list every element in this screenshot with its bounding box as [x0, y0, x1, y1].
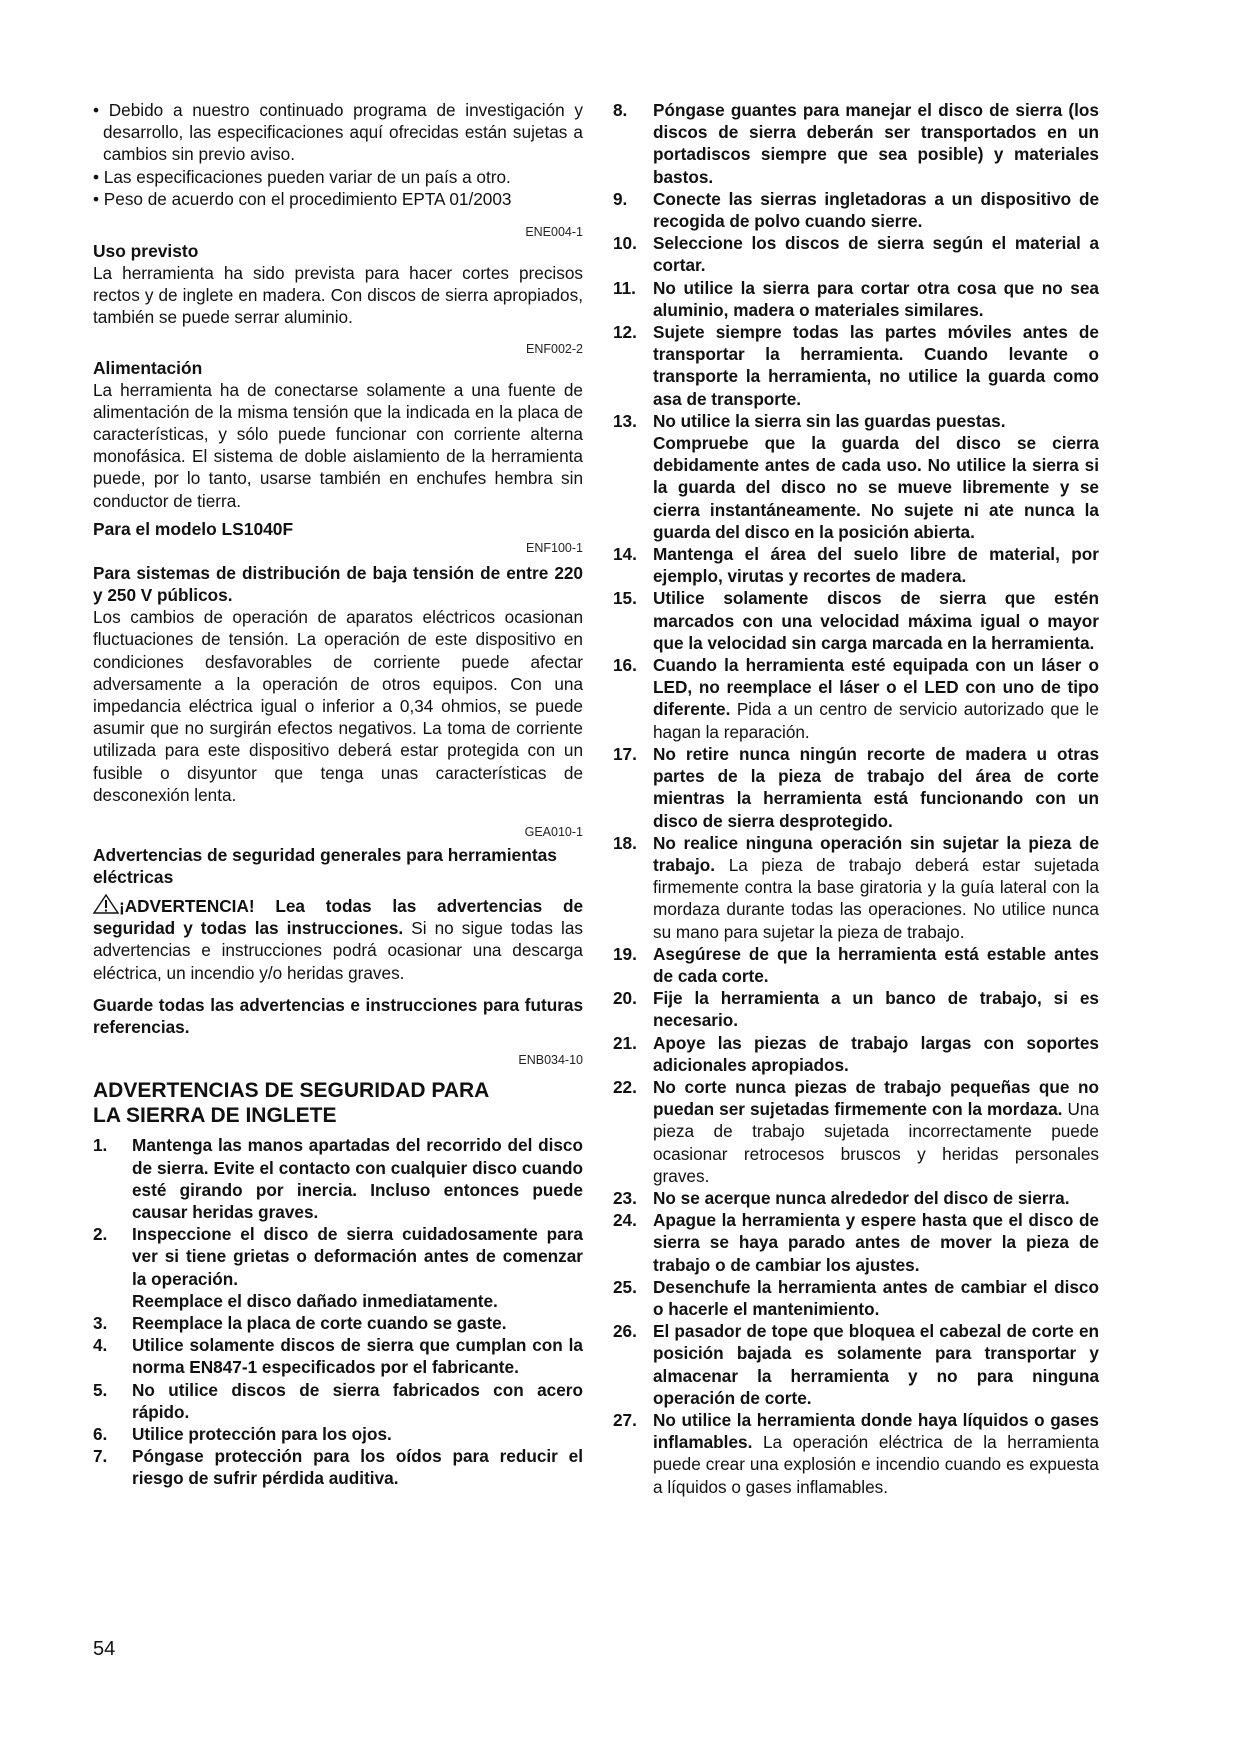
- subheading-distribucion: Para sistemas de distribución de baja te…: [93, 562, 583, 606]
- safety-list-right: 8.Póngase guantes para manejar el disco …: [613, 99, 1099, 1498]
- section-code: ENE004-1: [93, 224, 583, 240]
- list-item: 18.No realice ninguna operación sin suje…: [613, 832, 1099, 943]
- list-item: 26.El pasador de tope que bloquea el cab…: [613, 1320, 1099, 1409]
- list-item: 12.Sujete siempre todas las partes móvil…: [613, 321, 1099, 410]
- list-item: 13.No utilice la sierra sin las guardas …: [613, 410, 1099, 543]
- page-number: 54: [93, 1638, 115, 1661]
- list-item: 22.No corte nunca piezas de trabajo pequ…: [613, 1076, 1099, 1187]
- list-item: 27.No utilice la herramienta donde haya …: [613, 1409, 1099, 1498]
- section-code: GEA010-1: [93, 824, 583, 840]
- list-item: 8.Póngase guantes para manejar el disco …: [613, 99, 1099, 188]
- list-item: 20.Fije la herramienta a un banco de tra…: [613, 987, 1099, 1031]
- guarde-note: Guarde todas las advertencias e instrucc…: [93, 994, 583, 1038]
- section-heading-modelo: Para el modelo LS1040F: [93, 518, 583, 540]
- paragraph-alimentacion: La herramienta ha de conectarse solament…: [93, 379, 583, 512]
- section-heading-generales: Advertencias de seguridad generales para…: [93, 844, 583, 888]
- left-column: • Debido a nuestro continuado programa d…: [93, 99, 583, 1490]
- list-item: 25.Desenchufe la herramienta antes de ca…: [613, 1276, 1099, 1320]
- spec-note-2: • Las especificaciones pueden variar de …: [93, 166, 583, 188]
- spec-note-1: • Debido a nuestro continuado programa d…: [93, 99, 583, 166]
- spec-note-3: • Peso de acuerdo con el procedimiento E…: [93, 188, 583, 210]
- list-item: 3.Reemplace la placa de corte cuando se …: [93, 1312, 583, 1334]
- section-heading-alimentacion: Alimentación: [93, 357, 583, 379]
- section-code: ENF002-2: [93, 341, 583, 357]
- list-item: 24.Apague la herramienta y espere hasta …: [613, 1209, 1099, 1276]
- list-item: 2.Inspeccione el disco de sierra cuidado…: [93, 1223, 583, 1312]
- list-item: 6.Utilice protección para los ojos.: [93, 1423, 583, 1445]
- list-item: 10.Seleccione los discos de sierra según…: [613, 232, 1099, 276]
- list-item: 11.No utilice la sierra para cortar otra…: [613, 277, 1099, 321]
- right-column: 8.Póngase guantes para manejar el disco …: [613, 99, 1099, 1498]
- warning-paragraph: ¡ADVERTENCIA! Lea todas las advertencias…: [93, 894, 583, 984]
- section-heading-uso: Uso previsto: [93, 240, 583, 262]
- list-item: 9.Conecte las sierras ingletadoras a un …: [613, 188, 1099, 232]
- list-item: 17.No retire nunca ningún recorte de mad…: [613, 743, 1099, 832]
- list-item: 19.Asegúrese de que la herramienta está …: [613, 943, 1099, 987]
- list-item: 21.Apoye las piezas de trabajo largas co…: [613, 1032, 1099, 1076]
- safety-list-left: 1.Mantenga las manos apartadas del recor…: [93, 1134, 583, 1489]
- list-item: 1.Mantenga las manos apartadas del recor…: [93, 1134, 583, 1223]
- section-title-sierra: ADVERTENCIAS DE SEGURIDAD PARA LA SIERRA…: [93, 1078, 513, 1128]
- paragraph-uso: La herramienta ha sido prevista para hac…: [93, 262, 583, 329]
- list-item: 4.Utilice solamente discos de sierra que…: [93, 1334, 583, 1378]
- list-item: 16.Cuando la herramienta esté equipada c…: [613, 654, 1099, 743]
- list-item: 5.No utilice discos de sierra fabricados…: [93, 1379, 583, 1423]
- paragraph-distribucion: Los cambios de operación de aparatos elé…: [93, 606, 583, 806]
- warning-triangle-icon: [93, 894, 119, 914]
- section-code: ENF100-1: [93, 540, 583, 556]
- section-code: ENB034-10: [93, 1052, 583, 1068]
- list-item: 14.Mantenga el área del suelo libre de m…: [613, 543, 1099, 587]
- list-item: 23.No se acerque nunca alrededor del dis…: [613, 1187, 1099, 1209]
- list-item: 15.Utilice solamente discos de sierra qu…: [613, 587, 1099, 654]
- list-item: 7.Póngase protección para los oídos para…: [93, 1445, 583, 1489]
